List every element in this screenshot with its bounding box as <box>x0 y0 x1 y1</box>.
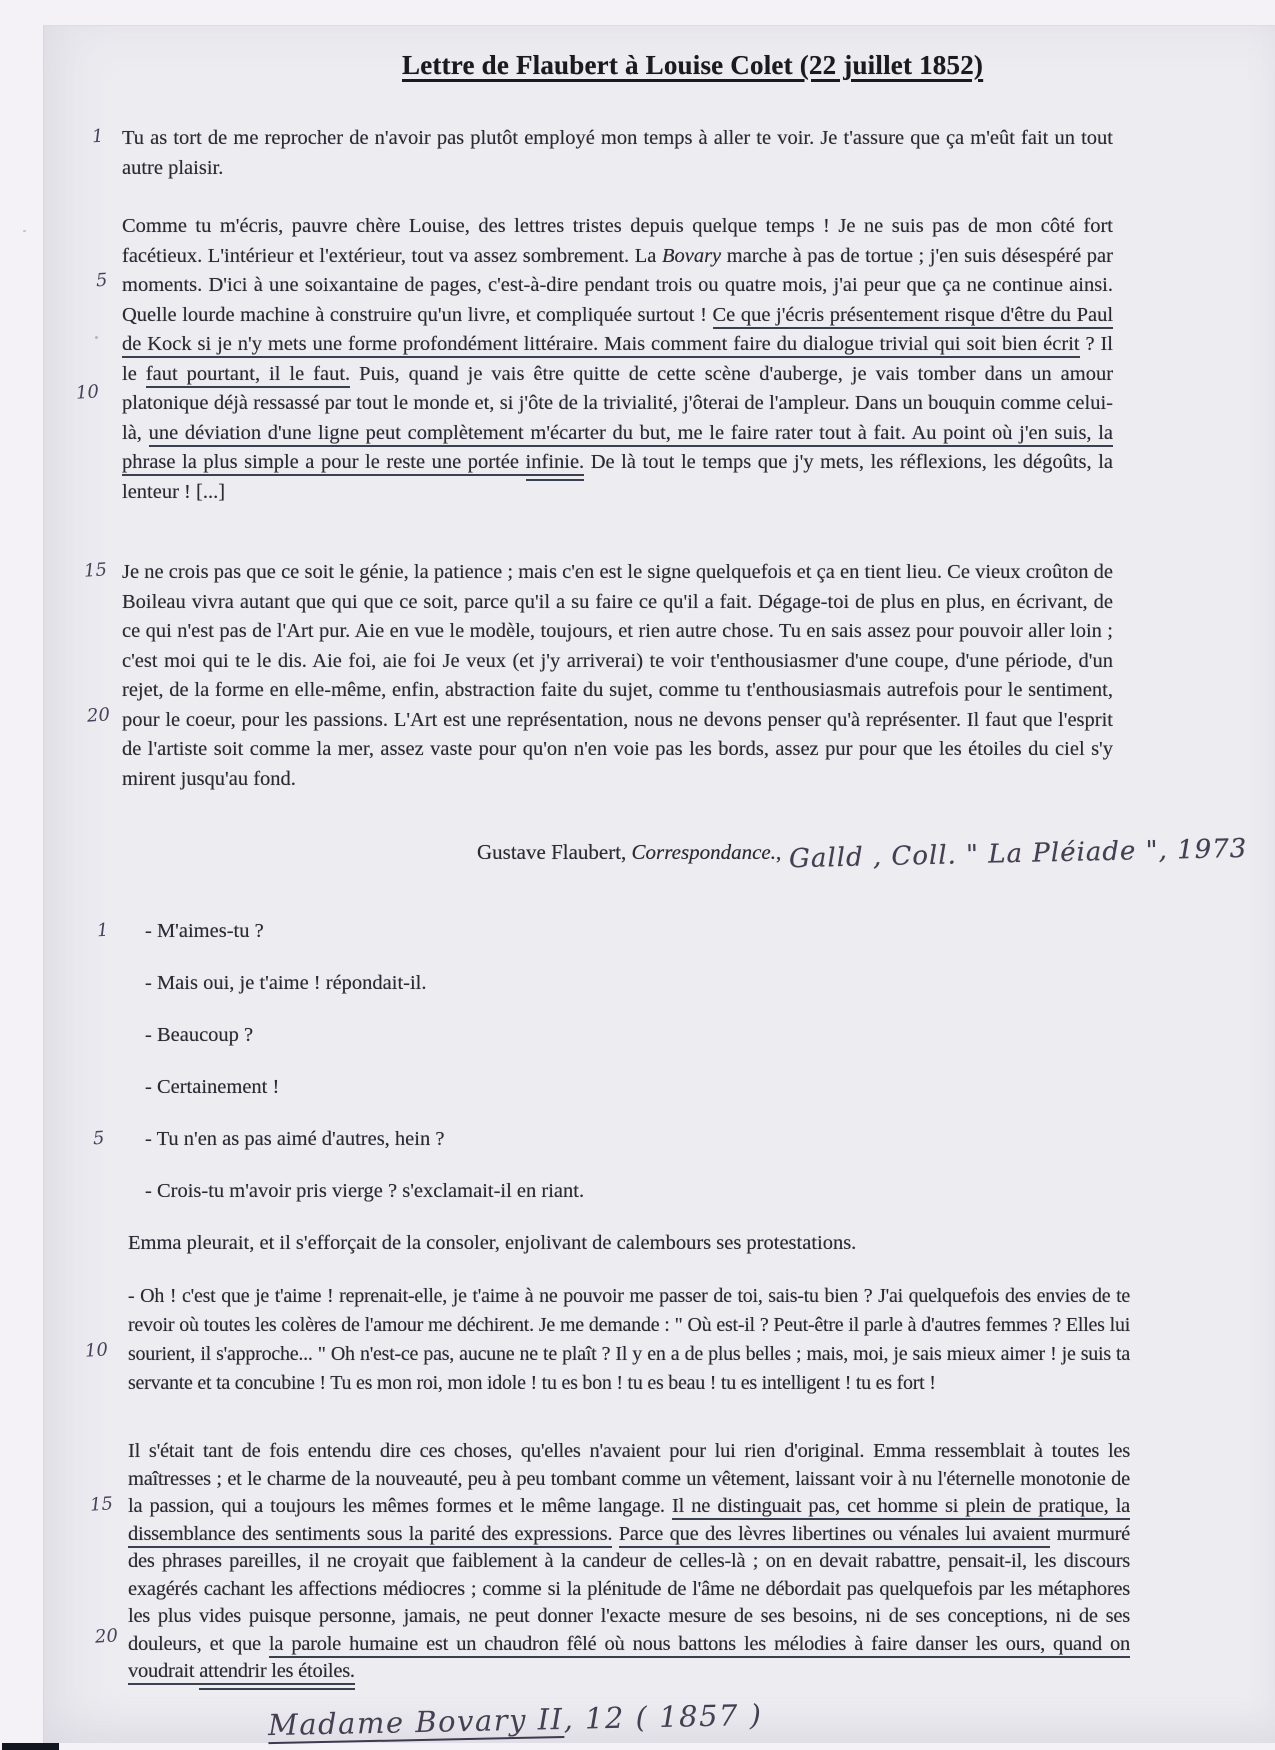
line-number: 20 <box>86 704 110 727</box>
citation-author: Gustave Flaubert, <box>477 840 632 864</box>
letter-paragraph-2: Comme tu m'écris, pauvre chère Louise, d… <box>122 212 1113 507</box>
text-segment: Tu as tort de me reprocher de n'avoir pa… <box>122 127 1113 179</box>
dialogue-line: - Certainement ! <box>145 1076 279 1099</box>
line-number: 5 <box>92 1128 105 1150</box>
line-number: 1 <box>96 920 109 942</box>
ink-underlined-text: infinie. <box>526 451 585 481</box>
narration-line: Emma pleurait, et il s'efforçait de la c… <box>128 1232 856 1255</box>
bovary-paragraph-final: Il s'était tant de fois entendu dire ces… <box>128 1438 1130 1686</box>
dialogue-line: - Mais oui, je t'aime ! répondait-il. <box>145 972 427 995</box>
scan-speck <box>23 230 26 232</box>
citation-line: Gustave Flaubert, Correspondance.,Galld … <box>477 836 1248 866</box>
letter-paragraph-3: Je ne crois pas que ce soit le génie, la… <box>122 558 1113 794</box>
line-number: 10 <box>84 1339 108 1362</box>
scan-speck <box>95 336 98 339</box>
ink-underlined-text: Parce que des lèvres libertines ou vénal… <box>619 1523 1050 1548</box>
dialogue-line: - Tu n'en as pas aimé d'autres, hein ? <box>145 1128 444 1151</box>
line-number: 10 <box>75 381 99 404</box>
text-segment <box>612 1523 619 1545</box>
bovary-paragraph-oh: - Oh ! c'est que je t'aime ! reprenait-e… <box>128 1282 1130 1398</box>
dialogue-line: - Crois-tu m'avoir pris vierge ? s'excla… <box>145 1180 584 1203</box>
text-segment: - Oh ! c'est que je t'aime ! reprenait-e… <box>128 1285 1130 1394</box>
line-number: 15 <box>83 559 107 582</box>
line-number: 5 <box>95 270 108 292</box>
document-title: Lettre de Flaubert à Louise Colet (22 ju… <box>402 50 983 81</box>
ink-underlined-text: attendrir les étoiles. <box>199 1660 355 1690</box>
line-number: 20 <box>94 1625 118 1648</box>
citation-work: Correspondance. <box>632 840 776 864</box>
ink-underlined-text: Madame Bovary II <box>268 1702 564 1744</box>
text-segment: Je ne crois pas que ce soit le génie, la… <box>122 561 1113 790</box>
dialogue-line: - Beaucoup ? <box>145 1024 253 1047</box>
ink-underlined-text: faut pourtant, il le faut. <box>146 363 350 388</box>
text-segment: , 12 ( 1857 ) <box>563 1698 763 1736</box>
line-number: 15 <box>89 1493 113 1516</box>
citation-separator: , <box>776 840 781 864</box>
scan-edge-mark <box>2 1743 59 1750</box>
dialogue-line: - M'aimes-tu ? <box>145 920 264 943</box>
line-number: 1 <box>91 126 104 148</box>
letter-paragraph-1: Tu as tort de me reprocher de n'avoir pa… <box>122 124 1113 183</box>
scanned-document-page: Lettre de Flaubert à Louise Colet (22 ju… <box>0 0 1275 1750</box>
italic-text: Bovary <box>662 245 721 267</box>
